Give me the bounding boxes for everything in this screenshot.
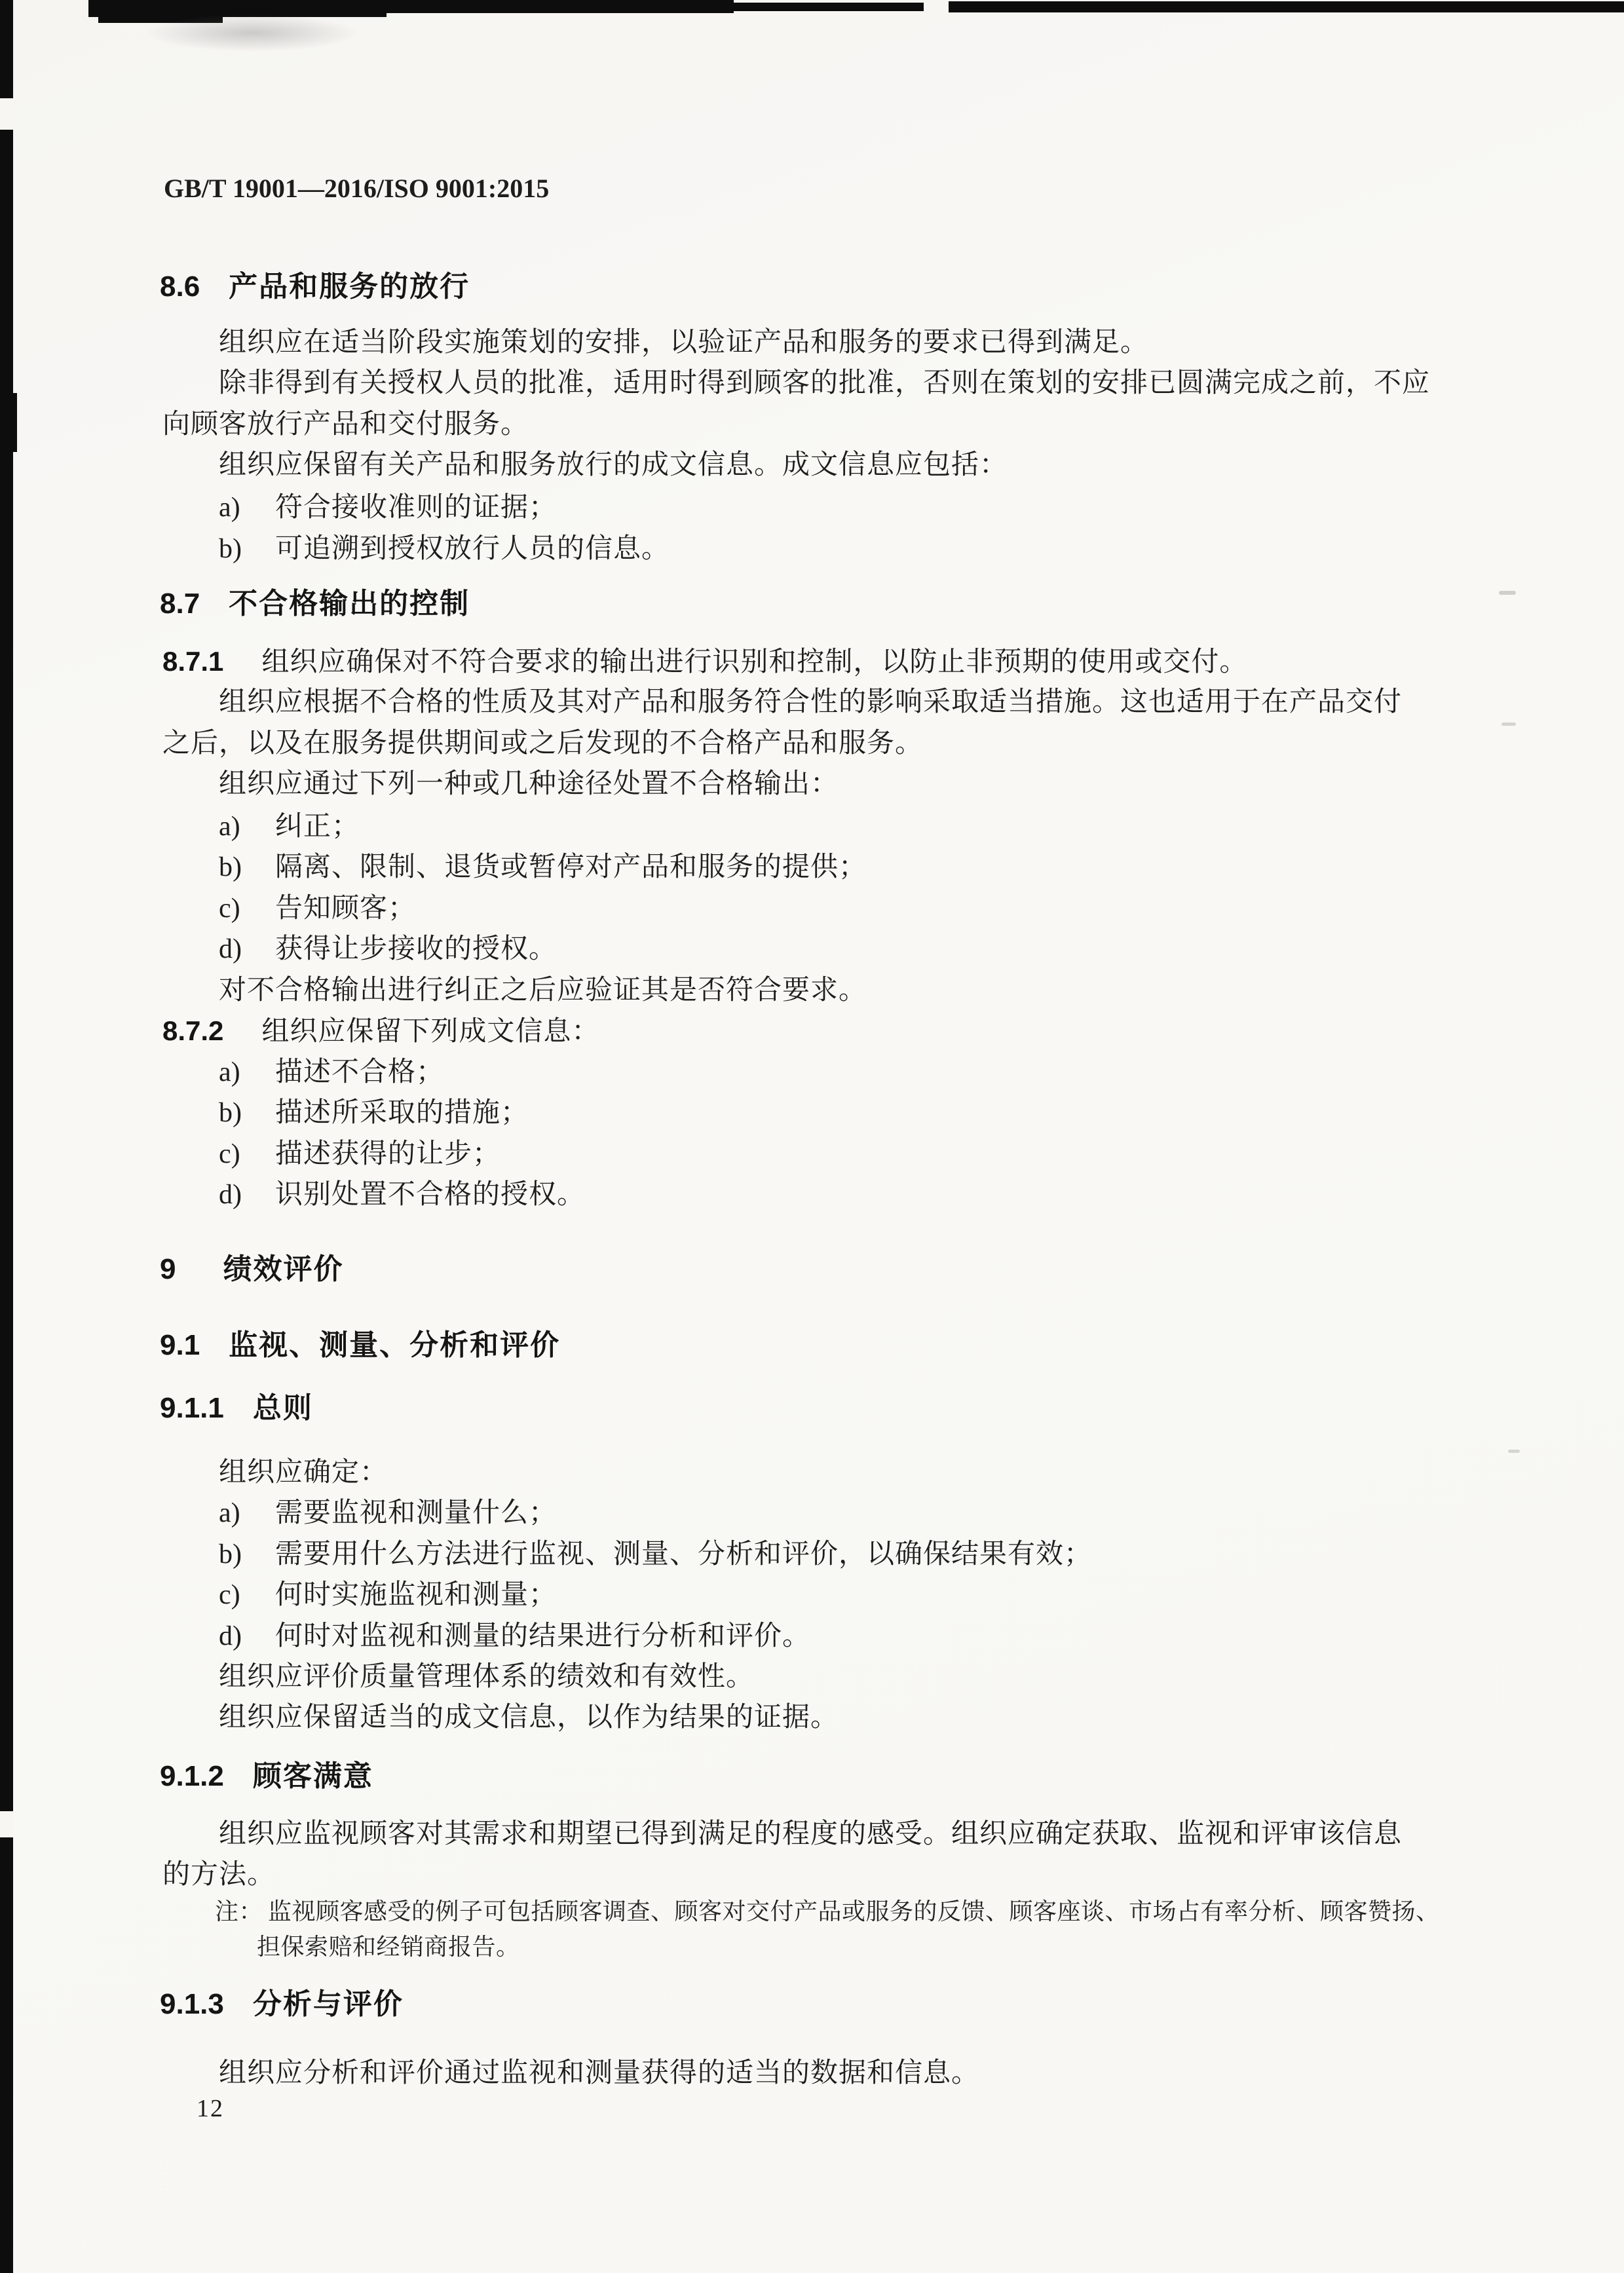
list-label: a) [219,813,275,840]
list-label: c) [219,1140,275,1168]
paragraph-text: 组织应确保对不符合要求的输出进行识别和控制，以防止非预期的使用或交付。 [261,647,1247,677]
paragraph-line: 组织应确定： [219,1459,388,1486]
scan-artifact-dash [1499,591,1516,595]
list-text: 何时实施监视和测量； [275,1580,557,1610]
paragraph-line: 的方法。 [162,1861,275,1888]
paragraph-line: 组织应通过下列一种或几种途径处置不合格输出： [219,770,839,798]
scan-artifact-left-strip [13,393,17,452]
clause-8-7-1-paragraph: 8.7.1组织应确保对不符合要求的输出进行识别和控制，以防止非预期的使用或交付。 [162,648,1247,676]
paragraph-line: 组织应保留有关产品和服务放行的成文信息。成文信息应包括： [219,451,1008,479]
list-item: d)识别处置不合格的授权。 [219,1181,585,1209]
list-item: b)需要用什么方法进行监视、测量、分析和评价，以确保结果有效； [219,1541,1092,1568]
clause-9-1-2-heading: 9.1.2顾客满意 [160,1762,373,1791]
scan-artifact-top-bar [734,3,924,11]
clause-title: 绩效评价 [223,1253,343,1285]
list-item: a)符合接收准则的证据； [219,494,557,521]
clause-number: 9.1.3 [160,1988,224,2020]
list-label: b) [219,1541,275,1568]
note-label: 注： [215,1898,263,1925]
list-text: 何时对监视和测量的结果进行分析和评价。 [275,1621,810,1651]
list-item: d)获得让步接收的授权。 [219,935,557,963]
paragraph-line: 之后，以及在服务提供期间或之后发现的不合格产品和服务。 [162,730,923,757]
scan-artifact-top-bar [949,1,1624,12]
clause-title: 顾客满意 [253,1760,373,1792]
paragraph-line: 对不合格输出进行纠正之后应验证其是否符合要求。 [219,977,867,1004]
clause-number: 8.6 [160,271,200,303]
list-label: a) [219,1499,275,1527]
list-label: a) [219,1059,275,1086]
paragraph-line: 组织应监视顾客对其需求和期望已得到满足的程度的感受。组织应确定获取、监视和评审该… [219,1820,1402,1848]
clause-number: 9.1.2 [160,1760,224,1792]
list-text: 需要监视和测量什么； [275,1498,557,1528]
list-text: 识别处置不合格的授权。 [275,1180,585,1210]
paragraph-line: 组织应评价质量管理体系的绩效和有效性。 [219,1663,754,1691]
note-text: 监视顾客感受的例子可包括顾客调查、顾客对交付产品或服务的反馈、顾客座谈、市场占有… [268,1898,1440,1925]
clause-9-1-3-heading: 9.1.3分析与评价 [160,1990,404,2019]
list-item: c)描述获得的让步； [219,1140,500,1168]
scan-artifact-dash [1501,723,1516,726]
clause-number: 8.7.1 [162,646,223,677]
list-item: a)需要监视和测量什么； [219,1499,557,1527]
list-item: c)何时实施监视和测量； [219,1581,557,1609]
page-number: 12 [197,2096,224,2121]
list-text: 符合接收准则的证据； [275,493,557,523]
clause-number: 9.1 [160,1329,200,1361]
list-text: 纠正； [275,812,360,842]
paragraph-line: 向顾客放行产品和交付服务。 [162,411,529,438]
clause-9-1-heading: 9.1监视、测量、分析和评价 [160,1331,560,1360]
list-label: a) [219,494,275,521]
list-label: b) [219,1099,275,1127]
list-label: d) [219,935,275,963]
list-item: a)纠正； [219,813,360,840]
scan-artifact-top-bar [387,0,734,13]
list-text: 需要用什么方法进行监视、测量、分析和评价，以确保结果有效； [275,1539,1092,1569]
scan-artifact-smudge [111,8,393,58]
note-line: 担保索赔和经销商报告。 [257,1935,520,1959]
clause-number: 8.7.2 [162,1015,223,1046]
clause-number: 9 [160,1253,176,1285]
paragraph-line: 组织应在适当阶段实施策划的安排，以验证产品和服务的要求已得到满足。 [219,329,1148,356]
list-text: 隔离、限制、退货或暂停对产品和服务的提供； [275,852,867,882]
list-item: d)何时对监视和测量的结果进行分析和评价。 [219,1623,810,1650]
list-label: b) [219,535,275,563]
list-item: a)描述不合格； [219,1059,444,1086]
list-label: d) [219,1181,275,1209]
list-item: b)可追溯到授权放行人员的信息。 [219,535,670,563]
paragraph-line: 组织应根据不合格的性质及其对产品和服务符合性的影响采取适当措施。这也适用于在产品… [219,688,1402,716]
paragraph-line: 除非得到有关授权人员的批准，适用时得到顾客的批准，否则在策划的安排已圆满完成之前… [219,369,1430,397]
list-item: b)描述所采取的措施； [219,1099,529,1127]
clause-9-1-1-heading: 9.1.1总则 [160,1394,313,1423]
clause-8-7-heading: 8.7不合格输出的控制 [160,590,470,618]
list-label: c) [219,1581,275,1609]
running-header: GB/T 19001—2016/ISO 9001:2015 [164,176,549,202]
list-item: c)告知顾客； [219,895,416,922]
clause-8-7-2-paragraph: 8.7.2组织应保留下列成文信息： [162,1017,599,1045]
list-text: 描述不合格； [275,1057,444,1087]
clause-8-6-heading: 8.6产品和服务的放行 [160,272,470,301]
clause-number: 9.1.1 [160,1392,224,1424]
scanned-page: GB/T 19001—2016/ISO 9001:2015 8.6产品和服务的放… [0,0,1624,2273]
list-text: 描述所采取的措施； [275,1098,529,1128]
list-text: 描述获得的让步； [275,1139,500,1169]
note-line: 注：监视顾客感受的例子可包括顾客调查、顾客对交付产品或服务的反馈、顾客座谈、市场… [215,1900,1440,1923]
paragraph-text: 组织应保留下列成文信息： [261,1017,599,1047]
clause-title: 产品和服务的放行 [229,271,470,303]
list-item: b)隔离、限制、退货或暂停对产品和服务的提供； [219,854,867,881]
clause-title: 总则 [253,1392,313,1424]
clause-title: 不合格输出的控制 [229,588,470,620]
paragraph-line: 组织应分析和评价通过监视和测量获得的适当的数据和信息。 [219,2059,979,2087]
list-text: 告知顾客； [275,893,416,924]
scan-artifact-gap [0,1811,13,1837]
scan-artifact-gap [0,98,13,130]
list-label: b) [219,854,275,881]
clause-title: 分析与评价 [253,1988,404,2020]
clause-9-heading: 9绩效评价 [160,1255,343,1284]
clause-number: 8.7 [160,588,200,620]
list-label: c) [219,895,275,922]
paragraph-line: 组织应保留适当的成文信息，以作为结果的证据。 [219,1704,839,1731]
list-label: d) [219,1623,275,1650]
list-text: 可追溯到授权放行人员的信息。 [275,534,670,564]
list-text: 获得让步接收的授权。 [275,934,557,964]
scan-artifact-dash [1508,1450,1520,1453]
clause-title: 监视、测量、分析和评价 [229,1329,560,1361]
scan-artifact-left-strip [0,0,13,2273]
